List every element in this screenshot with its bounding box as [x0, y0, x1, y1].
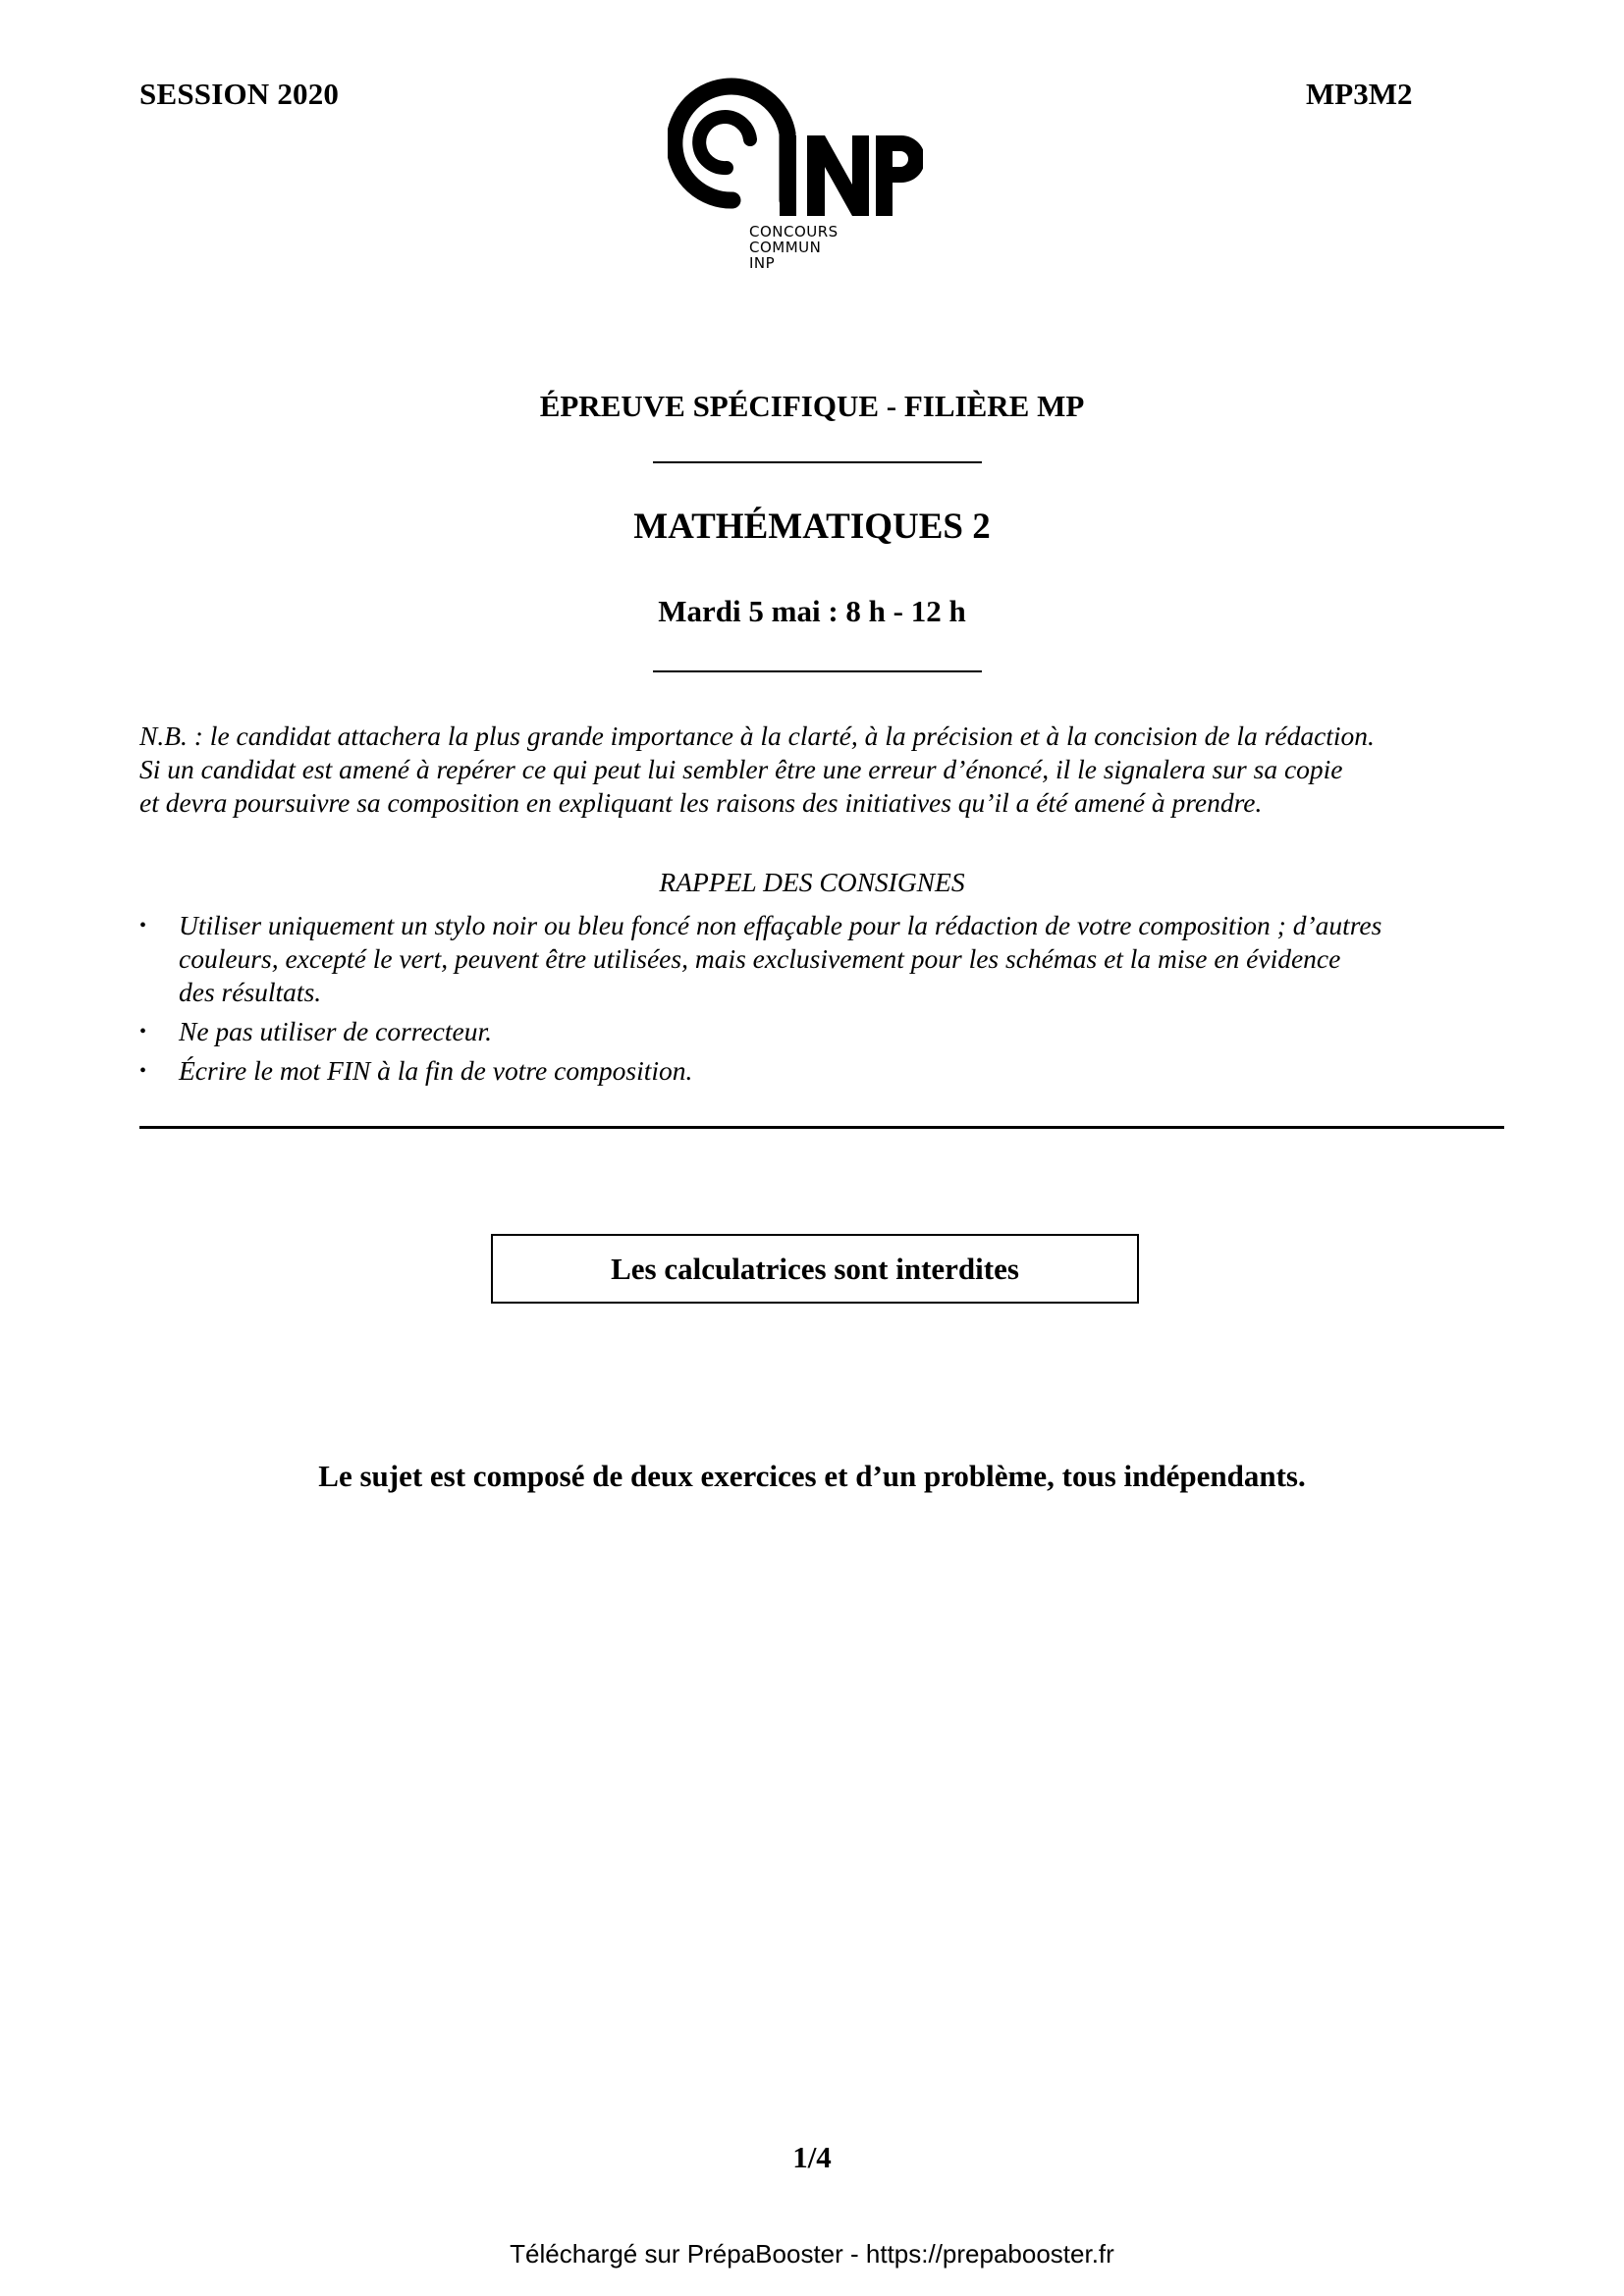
consigne-line: couleurs, excepté le vert, peuvent être …	[179, 942, 1514, 976]
bullet-icon: •	[139, 1054, 146, 1088]
logo-subtitle: CONCOURS COMMUN INP	[749, 224, 839, 271]
bullet-icon: •	[139, 909, 146, 942]
consigne-line: des résultats.	[179, 976, 1514, 1009]
logo-subtitle-line: COMMUN	[749, 240, 839, 255]
bullet-icon: •	[139, 1015, 146, 1048]
nb-line: et devra poursuivre sa composition en ex…	[139, 786, 1504, 820]
consignes-list: • Utiliser uniquement un stylo noir ou b…	[139, 909, 1514, 1094]
consigne-line: Utiliser uniquement un stylo noir ou ble…	[179, 909, 1514, 942]
list-item: • Écrire le mot FIN à la fin de votre co…	[139, 1054, 1514, 1088]
divider	[653, 461, 982, 463]
consigne-line: Écrire le mot FIN à la fin de votre comp…	[179, 1054, 1514, 1088]
consignes-title: RAPPEL DES CONSIGNES	[0, 867, 1624, 898]
consigne-line: Ne pas utiliser de correcteur.	[179, 1015, 1514, 1048]
divider	[653, 670, 982, 672]
calculator-notice: Les calculatrices sont interdites	[611, 1252, 1019, 1287]
list-item: • Ne pas utiliser de correcteur.	[139, 1015, 1514, 1048]
inp-logo-icon	[668, 75, 923, 222]
list-item: • Utiliser uniquement un stylo noir ou b…	[139, 909, 1514, 1009]
exam-code: MP3M2	[1306, 77, 1412, 112]
logo-subtitle-line: CONCOURS	[749, 224, 839, 240]
session-label: SESSION 2020	[139, 77, 339, 112]
logo-subtitle-line: INP	[749, 255, 839, 271]
subject-title: MATHÉMATIQUES 2	[0, 506, 1624, 548]
nb-line: Si un candidat est amené à repérer ce qu…	[139, 753, 1504, 786]
inp-logo: CONCOURS COMMUN INP	[668, 75, 923, 281]
section-divider	[139, 1126, 1504, 1129]
nb-line: N.B. : le candidat attachera la plus gra…	[139, 720, 1504, 753]
page-number: 1/4	[0, 2140, 1624, 2175]
exam-date: Mardi 5 mai : 8 h - 12 h	[0, 594, 1624, 629]
subject-description: Le sujet est composé de deux exercices e…	[0, 1459, 1624, 1494]
calculator-notice-box: Les calculatrices sont interdites	[491, 1234, 1139, 1304]
nb-paragraph: N.B. : le candidat attachera la plus gra…	[139, 720, 1504, 820]
epreuve-title: ÉPREUVE SPÉCIFIQUE - FILIÈRE MP	[0, 389, 1624, 424]
download-footer: Téléchargé sur PrépaBooster - https://pr…	[0, 2239, 1624, 2269]
